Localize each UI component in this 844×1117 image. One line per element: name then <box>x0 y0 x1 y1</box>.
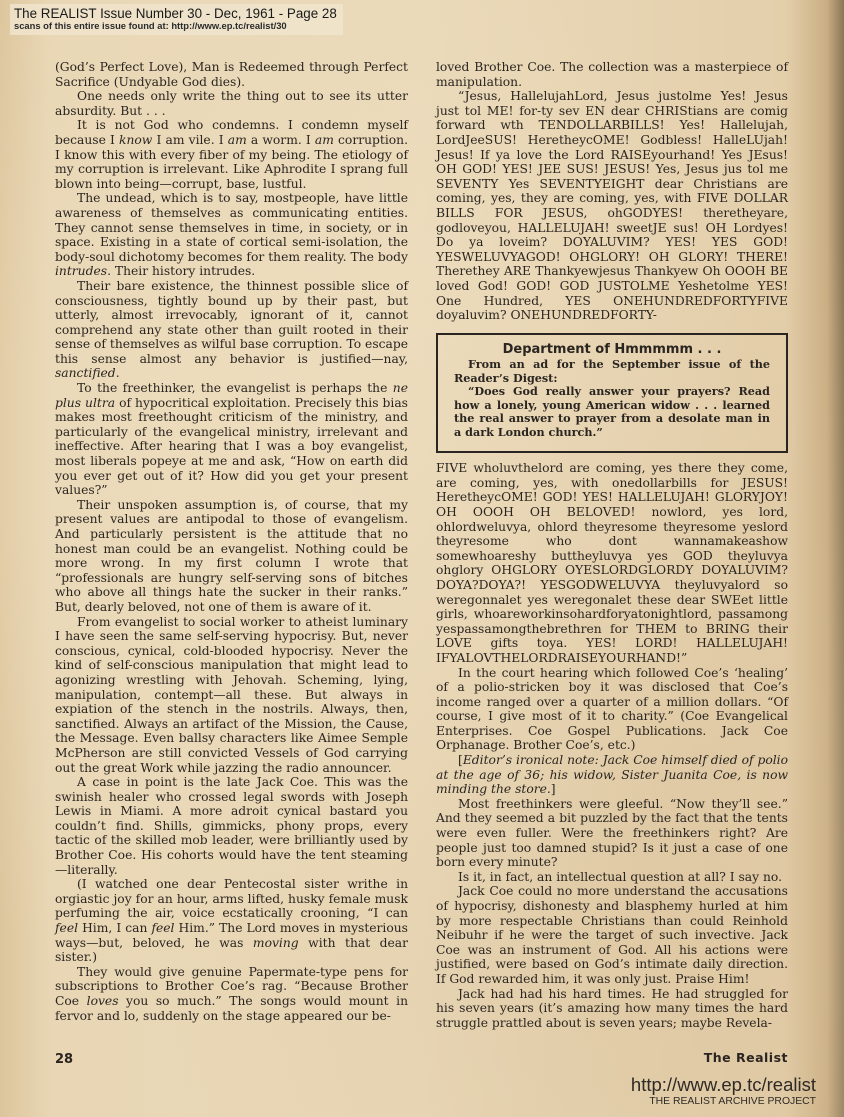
article-paragraph: From evangelist to social worker to athe… <box>55 615 408 776</box>
left-column: (God’s Perfect Love), Man is Redeemed th… <box>55 60 408 1023</box>
right-column: loved Brother Coe. The collection was a … <box>436 60 788 1030</box>
archive-watermark: http://www.ep.tc/realist THE REALIST ARC… <box>631 1075 816 1108</box>
article-paragraph: (I watched one dear Pentecostal sister w… <box>55 877 408 965</box>
article-paragraph: One needs only write the thing out to se… <box>55 89 408 118</box>
sidebar-title: Department of Hmmmmm . . . <box>454 343 770 357</box>
article-paragraph: [Editor’s ironical note: Jack Coe himsel… <box>436 753 788 797</box>
article-paragraph: Most freethinkers were gleeful. “Now the… <box>436 797 788 870</box>
article-paragraph: In the court hearing which followed Coe’… <box>436 666 788 754</box>
scan-header: The REALIST Issue Number 30 - Dec, 1961 … <box>10 4 343 35</box>
article-paragraph: Their unspoken assumption is, of course,… <box>55 498 408 615</box>
right-column-body-top: loved Brother Coe. The collection was a … <box>436 60 788 323</box>
right-column-body-bottom: FIVE wholuvthelord are coming, yes there… <box>436 461 788 1030</box>
article-paragraph: Jack Coe could no more understand the ac… <box>436 884 788 986</box>
article-paragraph: Their bare existence, the thinnest possi… <box>55 279 408 381</box>
magazine-name: The Realist <box>704 1050 788 1065</box>
sidebar-intro: From an ad for the September issue of th… <box>454 358 770 385</box>
scan-source-link: scans of this entire issue found at: htt… <box>14 21 337 32</box>
article-paragraph: loved Brother Coe. The collection was a … <box>436 60 788 89</box>
article-paragraph: “Jesus, HallelujahLord, Jesus justolme Y… <box>436 89 788 323</box>
article-paragraph: Is it, in fact, an intellectual question… <box>436 870 788 885</box>
article-paragraph: (God’s Perfect Love), Man is Redeemed th… <box>55 60 408 89</box>
archive-project-label: THE REALIST ARCHIVE PROJECT <box>631 1095 816 1108</box>
article-paragraph: FIVE wholuvthelord are coming, yes there… <box>436 461 788 665</box>
sidebar-quote: “Does God really answer your prayers? Re… <box>454 385 770 439</box>
page-number: 28 <box>55 1052 73 1067</box>
archive-url: http://www.ep.tc/realist <box>631 1075 816 1095</box>
article-paragraph: The undead, which is to say, mostpeople,… <box>55 191 408 279</box>
article-paragraph: They would give genuine Papermate-type p… <box>55 965 408 1023</box>
department-of-hmmmmm-sidebar: Department of Hmmmmm . . . From an ad fo… <box>436 333 788 454</box>
left-column-body: (God’s Perfect Love), Man is Redeemed th… <box>55 60 408 1023</box>
article-paragraph: It is not God who condemns. I condemn my… <box>55 118 408 191</box>
scan-title: The REALIST Issue Number 30 - Dec, 1961 … <box>14 6 337 21</box>
article-paragraph: Jack had had his hard times. He had stru… <box>436 987 788 1031</box>
article-paragraph: To the freethinker, the evangelist is pe… <box>55 381 408 498</box>
article-paragraph: A case in point is the late Jack Coe. Th… <box>55 775 408 877</box>
